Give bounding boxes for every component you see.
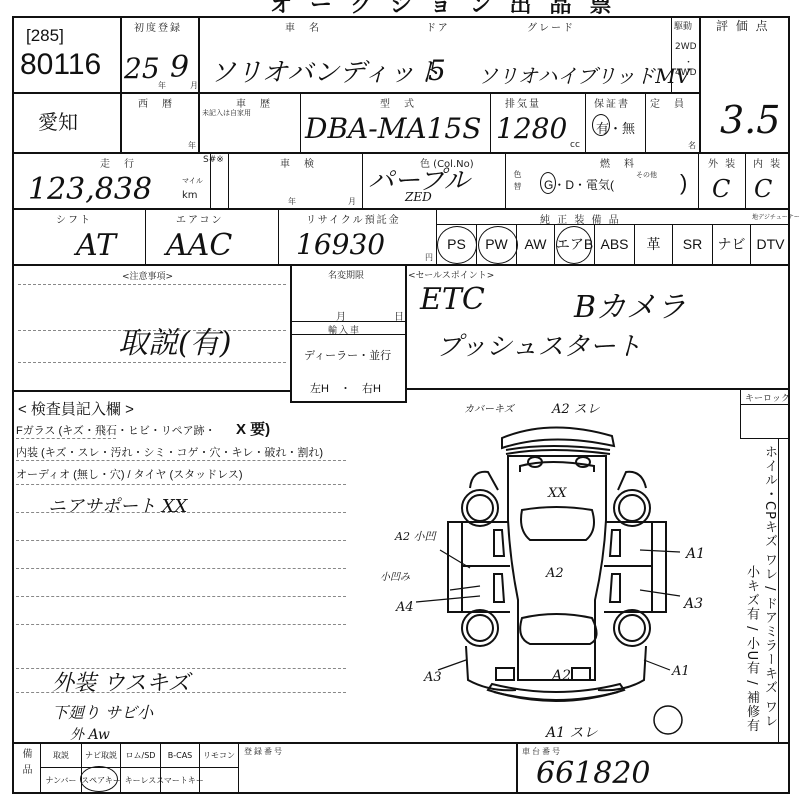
airbag-circle-mark: [556, 226, 592, 264]
registration-month: 9: [170, 50, 189, 85]
month-unit: 月: [190, 80, 200, 91]
import-label: 輸入車: [328, 323, 361, 336]
mileage-unit-km: km: [182, 190, 198, 201]
lot-prefix: [285]: [26, 26, 64, 46]
sales-point-etc: ETC: [420, 282, 485, 317]
door-count: 5: [428, 54, 446, 87]
equipment-dtv: DTV: [750, 224, 790, 264]
displacement-label: 排気量: [505, 95, 541, 110]
diagram-right-rear-door: A3: [684, 596, 703, 612]
notes-label: <注意事項>: [122, 269, 173, 282]
inspector-audio-tire: オーディオ (無し・穴) / タイヤ (スタッドレス): [16, 466, 243, 482]
lot-number: 80116: [20, 48, 101, 82]
accessory-rom-sd: ロム/SD: [120, 744, 160, 767]
interior-label: 内 装: [753, 155, 782, 170]
accessories-label: 備品: [18, 748, 33, 780]
accessory-navi-manual: ナビ取説: [81, 744, 120, 767]
displacement: 1280: [496, 112, 567, 145]
ps-circle-mark: [437, 226, 477, 264]
aircon-value: AAC: [166, 228, 232, 263]
accessory-bcas: B-CAS: [160, 744, 199, 767]
diagram-rear-grade: A2 スレ: [552, 398, 600, 417]
accessory-smart-key: スマートキー: [160, 768, 199, 792]
color-code: ZED: [405, 190, 432, 204]
mileage-label: 走 行: [100, 155, 136, 170]
inspection-month-unit: 月: [348, 196, 358, 207]
inspector-glass: Fガラス (キズ・飛石・ヒビ・リペア跡・: [16, 422, 216, 438]
fuel-other-label: その他: [636, 170, 657, 180]
drive-2wd: 2WD: [675, 42, 697, 52]
inspector-note-support: ニアサポート XX: [48, 492, 187, 518]
diagram-front-bumper: A1 スレ: [546, 722, 597, 742]
name-change-month: 月: [336, 308, 348, 323]
diagram-rear-glass: XX: [548, 486, 567, 501]
registration-label: 初度登録: [134, 19, 182, 34]
diagram-roof: A2: [546, 566, 564, 581]
score-value: 3.5: [720, 98, 780, 142]
inspector-note-underbody: 下廻り サビ小: [52, 700, 153, 723]
equipment-abs: ABS: [594, 224, 634, 264]
inspector-note-exterior: 外装 ウスキズ: [52, 666, 190, 697]
diagram-left-front-door: A2 小凹: [395, 528, 435, 544]
accessory-manual: 取説: [41, 744, 81, 767]
diagram-left-mark: 小凹み: [380, 568, 410, 583]
name-change-day: 日: [394, 308, 406, 323]
equipment-leather: 革: [634, 224, 672, 264]
inspector-glass-mark: X 要): [236, 418, 270, 439]
chassis-number: 661820: [536, 756, 651, 791]
diagram-front-right-fender: A1: [672, 664, 690, 679]
western-year-label: 西 暦: [138, 95, 174, 110]
vehicle-name: ソリオバンディット: [210, 52, 441, 89]
accessory-empty: [199, 768, 238, 792]
history-note: 未記入は自家用: [202, 108, 251, 118]
sales-point-camera: Bカメラ: [574, 282, 686, 326]
exterior-label: 外 装: [708, 155, 737, 170]
accessory-plate: ナンバー: [41, 768, 81, 792]
key-lock-label: キーロック: [745, 391, 790, 404]
side-legend-sub: 小キズ有 / 小U有 / 補修有: [742, 565, 761, 745]
registration-number-label: 登録番号: [244, 746, 284, 757]
drive-4wd: 4WD: [675, 68, 697, 78]
warranty-circle-mark: [592, 114, 610, 136]
spare-key-circle-mark: [80, 766, 118, 792]
fuel-label: 燃 料: [600, 155, 636, 170]
accessory-remote: リモコン: [199, 744, 238, 767]
side-legend-main: ホイル・CPキズ ワレ / ドアミラーキズ ワレ: [760, 445, 779, 745]
diagram-left-rear-door: A4: [396, 600, 414, 615]
accessory-keyless: キーレス: [120, 768, 160, 792]
score-label: 評 価 点: [716, 17, 770, 34]
shift-label: シフト: [56, 211, 92, 226]
diagram-rear-bumper-note: カバーキズ: [464, 400, 514, 415]
grade-label: グレード: [527, 19, 575, 34]
sales-points-label: <セールスポイント>: [408, 268, 494, 281]
inspector-label: < 検査員記入欄 >: [18, 398, 134, 419]
warranty-label: 保証書: [594, 95, 630, 110]
region: 愛知: [38, 106, 78, 135]
model-code: DBA-MA15S: [305, 112, 481, 145]
recycle-unit: 円: [425, 252, 435, 263]
recycle-label: リサイクル預託金: [306, 211, 401, 226]
pw-circle-mark: [478, 226, 518, 264]
registration-year: 25: [124, 52, 160, 85]
year-unit: 年: [158, 80, 168, 91]
tuner-label: 地デジチューナー付: [752, 212, 800, 221]
import-options: ディーラー・並行: [304, 347, 391, 363]
shift-value: AT: [76, 228, 116, 263]
drive-sep: ・: [684, 55, 695, 68]
equipment-navi: ナビ: [712, 224, 750, 264]
capacity-unit: 名: [688, 140, 698, 151]
inspector-note-aw: 外 Aw: [70, 724, 110, 744]
capacity-label: 定 員: [650, 95, 686, 110]
exterior-score: C: [712, 175, 730, 203]
inspection-label: 車 検: [280, 155, 316, 170]
name-change-label: 名変期限: [328, 268, 364, 281]
diagram-hood: A2: [552, 668, 571, 684]
notes-value: 取説(有): [118, 318, 231, 362]
aircon-label: エアコン: [176, 211, 224, 226]
fuel-circle-mark: [540, 172, 556, 194]
handle-options: 左H ・ 右H: [310, 380, 381, 396]
western-year-unit: 年: [188, 140, 198, 151]
inspection-year-unit: 年: [288, 196, 298, 207]
vehicle-name-label: 車 名: [285, 19, 321, 34]
equipment-sr: SR: [672, 224, 712, 264]
color-change-label: 色替: [512, 170, 523, 194]
mileage-unit-mile: マイル: [182, 176, 203, 186]
model-label: 型 式: [380, 95, 416, 110]
interior-score: C: [754, 175, 772, 203]
recycle-value: 16930: [296, 228, 385, 261]
grade: ソリオハイブリッドMV: [478, 60, 690, 89]
door-label: ドア: [426, 19, 450, 34]
diagram-front-left-fender: A3: [424, 670, 442, 685]
inspector-interior: 内装 (キズ・スレ・汚れ・シミ・コゲ・穴・キレ・破れ・割れ): [16, 444, 323, 460]
displacement-unit: cc: [570, 140, 580, 150]
mileage-value: 123,838: [28, 172, 152, 207]
drive-label: 駆動: [674, 19, 692, 32]
sales-point-push-start: プッシュスタート: [436, 326, 642, 363]
diagram-right-front-door: A1: [686, 546, 705, 562]
equipment-aw: AW: [516, 224, 554, 264]
mileage-flag: S#※: [203, 155, 224, 165]
fuel-close-paren: ): [680, 170, 687, 196]
